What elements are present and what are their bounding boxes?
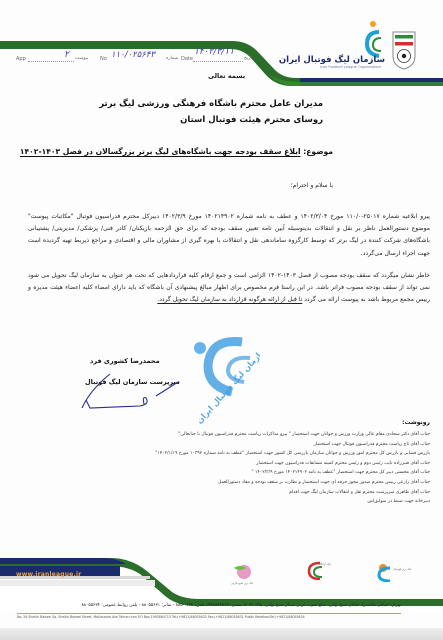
body-paragraph-2-underlined: تا قبل از ارائه هرگونه قرارداد به سازمان… [157,296,302,303]
cc-item: جناب آقای زارعی رییس محترم صدور مجوز حرف… [10,478,430,488]
attachment-dotted-line [28,61,74,62]
svg-text:سازمان لیگ فوتبال ایران: سازمان لیگ فوتبال ایران [194,344,260,425]
scan-shadow [0,628,443,640]
cc-item: جناب آقای قنبرزاده نایب رئیس دوم و رئیس … [10,459,430,469]
recipient-line-1: مدیران عامل محترم باشگاه فرهنگی ورزشی لی… [63,96,323,112]
cc-item: جناب آقای تاج ریاست محترم فدراسیون فوتبا… [10,440,430,450]
attachment-label-en: App [16,56,26,62]
letter-meta-row: App ۲ پیوست No ۱۱۰/۰۲۵۶۴۳ شماره Date ۱۴۰… [0,50,260,64]
cc-item: جناب آقای دکتر سجادی مقام عالی وزارت ورز… [10,430,430,440]
cc-item: جناب آقای طاهری سرپرست محترم نقل و انتقا… [10,488,430,498]
website-link[interactable]: www.iranleague.ir [16,571,81,578]
cc-item: بازرس قضایی و بازرس کل محترم امور ورزش و… [10,449,430,459]
league-name-persian: سازمان لیگ فوتبال ایران [279,55,385,65]
ffiri-emblem-icon [391,30,417,70]
subject-line: موضوع: ابلاغ سقف بودجه جهت باشگاه‌های لی… [3,147,333,156]
number-label-en: No [100,56,107,62]
azadegan-league-logo-caption: لیگ آزادگان [318,563,331,566]
futsal-league-logo-caption: لیگ برتر فوتسال [393,568,411,571]
league-stamp-icon: سازمان لیگ فوتبال ایران [180,336,260,431]
number-label-fa: شماره [166,56,178,61]
league-name-english: Iran Football League Organisation [320,65,381,69]
handwritten-signature [80,370,190,415]
recipients-block: مدیران عامل محترم باشگاه فرهنگی ورزشی لی… [63,96,323,128]
greeting: با سلام و احترام؛ [33,182,333,189]
letter-number-value: ۱۱۰/۰۲۵۶۴۳ [111,50,155,60]
body-paragraph-1: پیرو ابلاغیه شماره ۲۵۰۱۷-۱۱۰/۰ مورخ ۱۴۰۲… [28,211,430,260]
attachment-label-fa: پیوست [75,56,88,61]
subject-text: ابلاغ سقف بودجه جهت باشگاه‌های لیگ برتر … [20,147,301,156]
footer-divider [17,613,401,614]
address-english: No. 26 Sheikh Bahaei Sq, Sheikh Bahaei S… [17,615,305,619]
body-paragraph-2: خاطر نشان میگردد که سقف بودجه مصوب از فص… [28,270,430,307]
attachment-value: ۲ [64,50,69,60]
premier-league-logo-icon [232,562,252,582]
address-persian: تهران: خیابان ملاصدرا، خیابان شیخ بهایی،… [1,603,401,608]
premier-league-logo-caption: لیگ برتر خلیج فارس [231,582,253,585]
date-label-en: Date [181,56,193,62]
futsal-league-logo-icon [376,562,396,582]
subject-label: موضوع: [303,147,333,156]
basmala-heading: بسمه تعالی [208,72,245,80]
cc-list: جناب آقای دکتر سجادی مقام عالی وزارت ورز… [10,430,430,507]
recipient-line-2: روسای محترم هیئت فوتبال استان [63,112,323,128]
letter-page: سازمان لیگ فوتبال ایران Iran Football Le… [0,0,443,640]
signatory-name: محمدرضا کشوری فرد [90,357,160,365]
date-label-fa: تاریخ [244,56,253,61]
cc-title: رونوشت: [402,419,430,426]
cc-item: جناب آقای محسنی دبیر کل محترم جهت استحضا… [10,468,430,478]
cc-item: دبیرخانه جهت ضبط در سوابق‌اش [10,497,430,507]
letter-date-value: ۱۴۰۲/۳/۱۱ [194,47,234,57]
date-dotted-line [193,61,243,62]
